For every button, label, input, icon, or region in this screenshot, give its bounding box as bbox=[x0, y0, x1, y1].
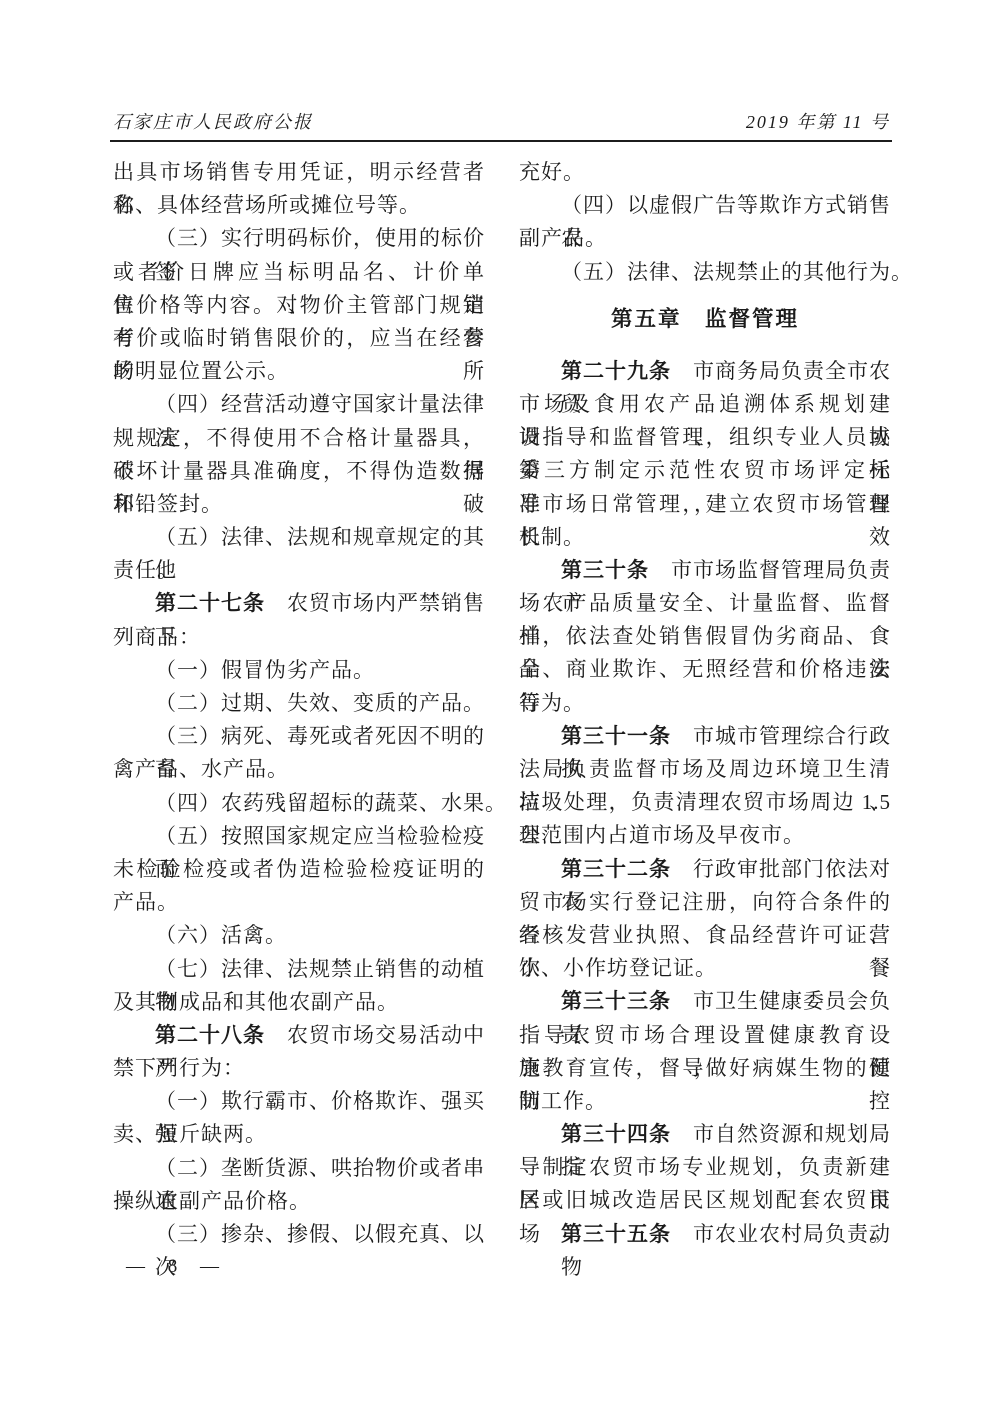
gazette-title: 石家庄市人民政府公报 bbox=[113, 108, 313, 134]
text-line: 导制定农贸市场专业规划，负责新建居民 bbox=[519, 1151, 891, 1184]
text-line: （四）经营活动遵守国家计量法律法 bbox=[113, 388, 485, 421]
article-number: 第二十七条 bbox=[155, 591, 265, 615]
text-line: 禁下列行为： bbox=[113, 1052, 485, 1085]
text-line: 市场及食用农产品追溯体系规划建设、协 bbox=[519, 388, 891, 421]
text-line: （一）假冒伪劣产品。 bbox=[113, 654, 485, 687]
text-line: 第三十二条 行政审批部门依法对农 bbox=[519, 853, 891, 886]
text-line: 垃圾处理，负责清理农贸市场周边 1.5 公 bbox=[519, 786, 891, 819]
text-line: 第三十五条 市农业农村局负责动物 bbox=[519, 1218, 891, 1251]
column-right: 充好。（四）以虚假广告等欺诈方式销售农副产品。（五）法律、法规禁止的其他行为。第… bbox=[519, 156, 891, 1251]
text-line: 理范围内占道市场及早夜市。 bbox=[519, 819, 891, 852]
text-line: 康教育宣传，督导做好病媒生物的预防控 bbox=[519, 1052, 891, 1085]
text-line: （三）病死、毒死或者死因不明的畜 bbox=[113, 720, 485, 753]
text-line: 出具市场销售专用凭证，明示经营者名 bbox=[113, 156, 485, 189]
article-number: 第三十条 bbox=[561, 558, 649, 582]
text-line: 规规定，不得使用不合格计量器具，不得 bbox=[113, 422, 485, 455]
text-line: 产品。 bbox=[113, 886, 485, 919]
text-line: 第二十八条 农贸市场交易活动中严 bbox=[113, 1019, 485, 1052]
text-line: 第二十七条 农贸市场内严禁销售下 bbox=[113, 587, 485, 620]
article-number: 第三十二条 bbox=[561, 857, 671, 881]
text-line: 列商品： bbox=[113, 621, 485, 654]
page-number: — 8 — bbox=[126, 1256, 228, 1278]
text-line: 售价格等内容。对物价主管部门规定有参 bbox=[113, 289, 485, 322]
text-line: 禽产品、水产品。 bbox=[113, 753, 485, 786]
text-line: 充好。 bbox=[519, 156, 891, 189]
column-left: 出具市场销售专用凭证，明示经营者名称、具体经营场所或摊位号等。（三）实行明码标价… bbox=[113, 156, 485, 1251]
gazette-page: 石家庄市人民政府公报 2019 年第 11 号 出具市场销售专用凭证，明示经营者… bbox=[0, 0, 1000, 1414]
text-line: 卖、短斤缺两。 bbox=[113, 1118, 485, 1151]
text-line: 贸市场实行登记注册，向符合条件的经营 bbox=[519, 886, 891, 919]
text-line: （六）活禽。 bbox=[113, 919, 485, 952]
text-line: 第二十九条 市商务局负责全市农贸 bbox=[519, 355, 891, 388]
text-line: 或者价日牌应当标明品名、计价单位、销 bbox=[113, 256, 485, 289]
issue-number: 2019 年第 11 号 bbox=[746, 108, 890, 134]
text-line: 指导农贸市场合理设置健康教育设施，健 bbox=[519, 1019, 891, 1052]
text-line: 调指导和监督管理，组织专业人员或委托 bbox=[519, 421, 891, 454]
article-number: 第二十八条 bbox=[155, 1023, 265, 1047]
text-line: 未检验检疫或者伪造检验检疫证明的 bbox=[113, 853, 485, 886]
text-line: （四）以虚假广告等欺诈方式销售农 bbox=[519, 189, 891, 222]
text-line: （二）垄断货源、哄抬物价或者串通 bbox=[113, 1152, 485, 1185]
text-line: 操纵农副产品价格。 bbox=[113, 1185, 485, 1218]
text-line: （七）法律、法规禁止销售的动植物 bbox=[113, 953, 485, 986]
text-line: 考价或临时销售限价的，应当在经营场所 bbox=[113, 322, 485, 355]
text-line: （五）按照国家规定应当检验检疫而 bbox=[113, 820, 485, 853]
text-line: 行为。 bbox=[519, 687, 891, 720]
header-rule bbox=[110, 140, 892, 142]
text-line: （三）掺杂、掺假、以假充真、以次 bbox=[113, 1218, 485, 1251]
text-line: （二）过期、失效、变质的产品。 bbox=[113, 687, 485, 720]
text-line: 称、具体经营场所或摊位号等。 bbox=[113, 189, 485, 222]
text-line: 法局负责监督市场及周边环境卫生清洁、 bbox=[519, 753, 891, 786]
text-line: 第三方制定示范性农贸市场评定标准，督 bbox=[519, 454, 891, 487]
article-number: 第三十三条 bbox=[561, 989, 671, 1013]
text-line: 样，依法查处销售假冒伪劣商品、食品安 bbox=[519, 620, 891, 653]
text-line: （一）欺行霸市、价格欺诈、强买强 bbox=[113, 1085, 485, 1118]
text-line: （五）法律、法规禁止的其他行为。 bbox=[519, 256, 891, 289]
chapter-heading: 第五章 监督管理 bbox=[519, 302, 891, 336]
text-line: 第三十条 市市场监督管理局负责市 bbox=[519, 554, 891, 587]
text-line: 副产品。 bbox=[519, 222, 891, 255]
text-line: 第三十四条 市自然资源和规划局指 bbox=[519, 1118, 891, 1151]
text-line: 导市场日常管理，建立农贸市场管理长效 bbox=[519, 488, 891, 521]
text-line: 破坏计量器具准确度，不得伪造数据和破 bbox=[113, 455, 485, 488]
text-line: 区或旧城改造居民区规划配套农贸市场。 bbox=[519, 1184, 891, 1217]
article-number: 第三十一条 bbox=[561, 724, 671, 748]
text-line: （四）农药残留超标的蔬菜、水果。 bbox=[113, 787, 485, 820]
article-number: 第三十四条 bbox=[561, 1122, 671, 1146]
page-header: 石家庄市人民政府公报 2019 年第 11 号 bbox=[113, 108, 890, 134]
text-line: 者核发营业执照、食品经营许可证、小餐 bbox=[519, 919, 891, 952]
article-number: 第三十五条 bbox=[561, 1222, 671, 1246]
text-line: （五）法律、法规和规章规定的其他 bbox=[113, 521, 485, 554]
article-number: 第二十九条 bbox=[561, 359, 671, 383]
text-line: 场农产品质量安全、计量监督、监督抽 bbox=[519, 587, 891, 620]
text-columns: 出具市场销售专用凭证，明示经营者名称、具体经营场所或摊位号等。（三）实行明码标价… bbox=[113, 156, 891, 1251]
text-line: 责任。 bbox=[113, 554, 485, 587]
text-line: 第三十三条 市卫生健康委员会负责 bbox=[519, 985, 891, 1018]
text-line: 全、商业欺诈、无照经营和价格违法等 bbox=[519, 653, 891, 686]
text-line: 第三十一条 市城市管理综合行政执 bbox=[519, 720, 891, 753]
text-line: 及其制成品和其他农副产品。 bbox=[113, 986, 485, 1019]
text-line: （三）实行明码标价，使用的标价签 bbox=[113, 222, 485, 255]
